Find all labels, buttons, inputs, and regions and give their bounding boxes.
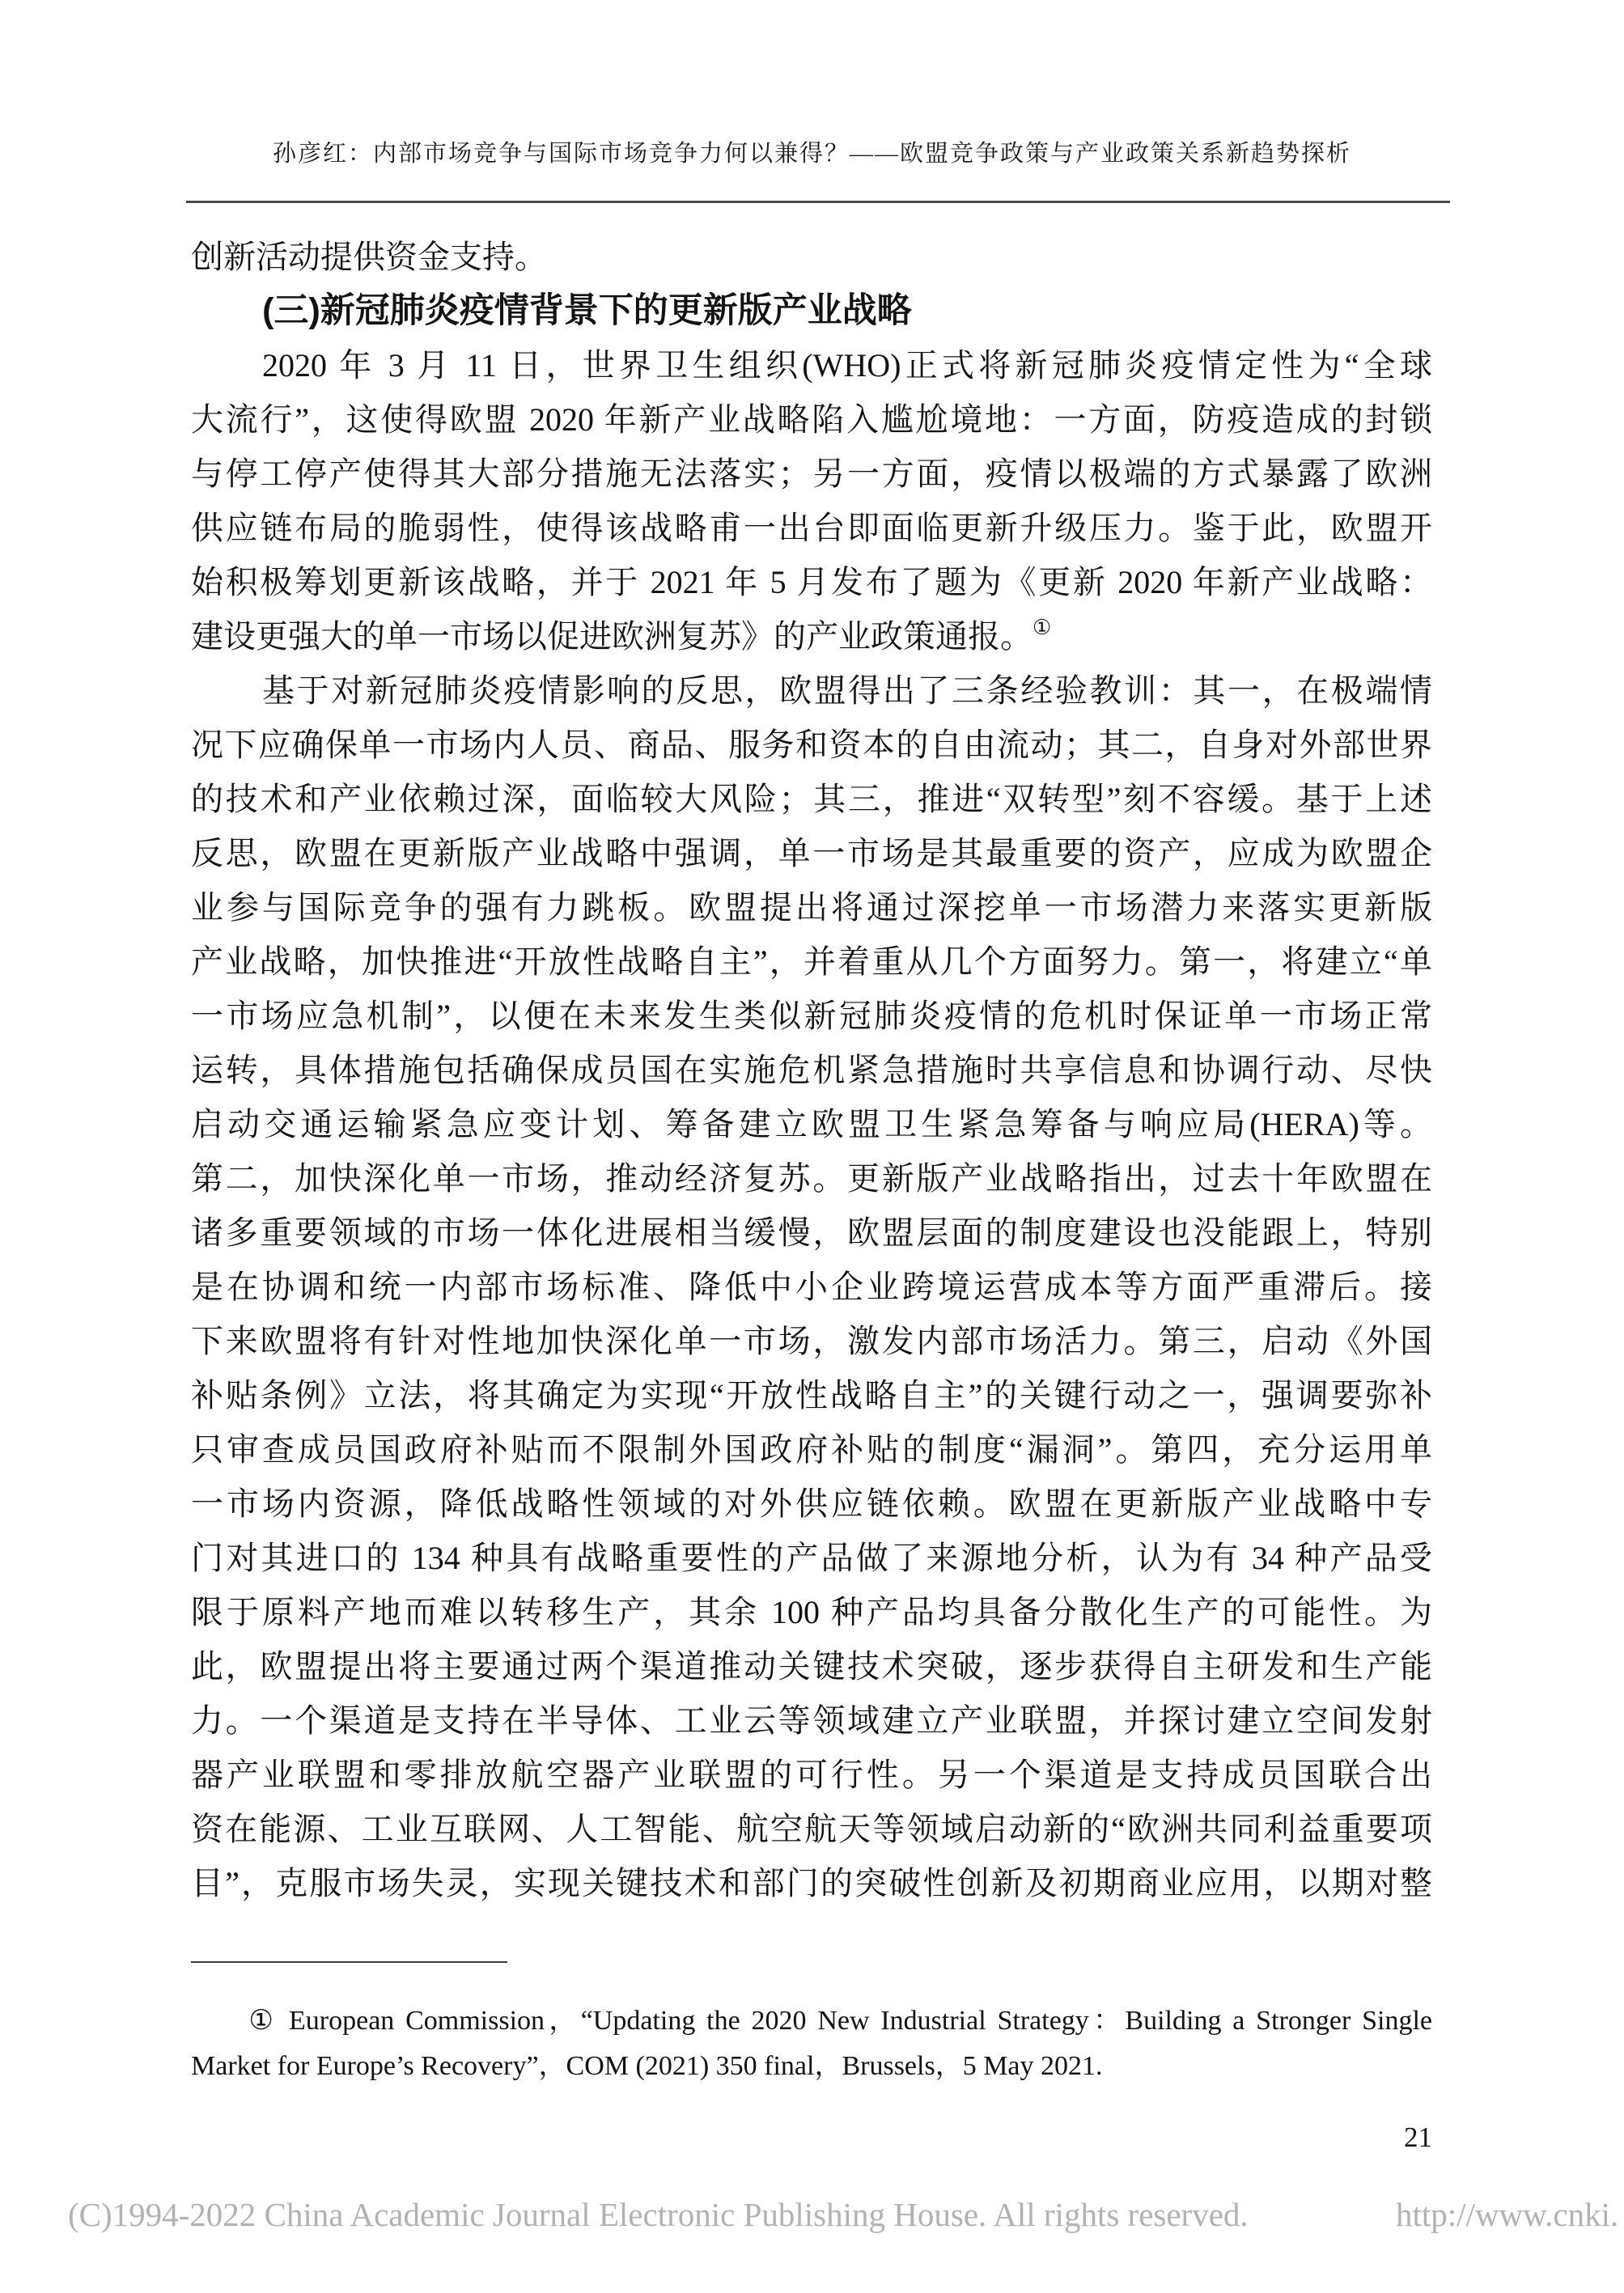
scan-copyright-text: (C)1994-2022 China Academic Journal Elec… [68,2193,1249,2236]
running-header: 孙彦红：内部市场竞争与国际市场竞争力何以兼得？——欧盟竞争政策与产业政策关系新趋… [0,138,1624,170]
footnote-ref-marker: ① [1032,616,1051,639]
footnote-rule [191,1961,507,1963]
body-line: 器产业联盟和零排放航空器产业联盟的可行性。另一个渠道是支持成员国联合出 [191,1748,1432,1802]
body-line: 反思，欧盟在更新版产业战略中强调，单一市场是其最重要的资产，应成为欧盟企 [191,826,1432,880]
body-line: 业参与国际竞争的强有力跳板。欧盟提出将通过深挖单一市场潜力来落实更新版 [191,880,1432,935]
heading-line: (三)新冠肺炎疫情背景下的更新版产业战略 [191,284,1432,338]
body-line: 目”，克服市场失灵，实现关键技术和部门的突破性创新及初期商业应用，以期对整 [191,1856,1432,1910]
body-line: 是在协调和统一内部市场标准、降低中小企业跨境运营成本等方面严重滞后。接 [191,1260,1432,1314]
journal-page: 孙彦红：内部市场竞争与国际市场竞争力何以兼得？——欧盟竞争政策与产业政策关系新趋… [0,0,1624,2293]
body-line: 诸多重要领域的市场一体化进展相当缓慢，欧盟层面的制度建设也没能跟上，特别 [191,1206,1432,1260]
body-line: 一市场内资源，降低战略性领域的对外供应链依赖。欧盟在更新版产业战略中专 [191,1477,1432,1531]
body-line: 况下应确保单一市场内人员、商品、服务和资本的自由流动；其二，自身对外部世界 [191,718,1432,772]
body-line: 与停工停产使得其大部分措施无法落实；另一方面，疫情以极端的方式暴露了欧洲 [191,447,1432,501]
footnote-block: ① European Commission，“Updating the 2020… [191,1998,1432,2089]
body-line: 供应链布局的脆弱性，使得该战略甫一出台即面临更新升级压力。鉴于此，欧盟开 [191,501,1432,555]
body-line: 运转，具体措施包括确保成员国在实施危机紧急措施时共享信息和协调行动、尽快 [191,1043,1432,1097]
body-line: 产业战略，加快推进“开放性战略自主”，并着重从几个方面努力。第一，将建立“单 [191,935,1432,989]
footnote-line: Market for Europe’s Recovery”，COM (2021)… [191,2044,1432,2089]
body-line: 创新活动提供资金支持。 [191,230,1432,284]
page-number: 21 [191,2120,1432,2155]
paragraph: 基于对新冠肺炎疫情影响的反思，欧盟得出了三条经验教训：其一，在极端情况下应确保单… [191,663,1432,1910]
body-line: 一市场应急机制”，以便在未来发生类似新冠肺炎疫情的危机时保证单一市场正常 [191,989,1432,1043]
body-line: 始积极筹划更新该战略，并于 2021 年 5 月发布了题为《更新 2020 年新… [191,555,1432,609]
section-heading: (三)新冠肺炎疫情背景下的更新版产业战略 [191,284,1432,338]
body-column: 创新活动提供资金支持。(三)新冠肺炎疫情背景下的更新版产业战略2020 年 3 … [191,230,1432,1910]
body-line: 限于原料产地而难以转移生产，其余 100 种产品均具备分散化生产的可能性。为 [191,1585,1432,1639]
paragraph: 2020 年 3 月 11 日，世界卫生组织(WHO)正式将新冠肺炎疫情定性为“… [191,338,1432,663]
body-line: 基于对新冠肺炎疫情影响的反思，欧盟得出了三条经验教训：其一，在极端情 [191,663,1432,718]
body-line: 大流行”，这使得欧盟 2020 年新产业战略陷入尴尬境地：一方面，防疫造成的封锁 [191,392,1432,447]
body-line: 的技术和产业依赖过深，面临较大风险；其三，推进“双转型”刻不容缓。基于上述 [191,772,1432,826]
body-line: 资在能源、工业互联网、人工智能、航空航天等领域启动新的“欧洲共同利益重要项 [191,1802,1432,1856]
body-line: 只审查成员国政府补贴而不限制外国政府补贴的制度“漏洞”。第四，充分运用单 [191,1422,1432,1477]
body-line: 下来欧盟将有针对性地加快深化单一市场，激发内部市场活力。第三，启动《外国 [191,1314,1432,1368]
paragraph: 创新活动提供资金支持。 [191,230,1432,284]
body-line: 2020 年 3 月 11 日，世界卫生组织(WHO)正式将新冠肺炎疫情定性为“… [191,338,1432,392]
body-line: 启动交通运输紧急应变计划、筹备建立欧盟卫生紧急筹备与响应局(HERA)等。 [191,1097,1432,1151]
footnote-line: ① European Commission，“Updating the 2020… [191,1998,1432,2044]
body-line: 建设更强大的单一市场以促进欧洲复苏》的产业政策通报。① [191,609,1432,663]
scan-source-url: http://www.cnki. [1396,2193,1618,2236]
body-line: 门对其进口的 134 种具有战略重要性的产品做了来源地分析，认为有 34 种产品… [191,1531,1432,1585]
body-line: 力。一个渠道是支持在半导体、工业云等领域建立产业联盟，并探讨建立空间发射 [191,1693,1432,1748]
header-rule [186,201,1450,203]
body-line: 补贴条例》立法，将其确定为实现“开放性战略自主”的关键行动之一，强调要弥补 [191,1368,1432,1422]
body-line: 此，欧盟提出将主要通过两个渠道推动关键技术突破，逐步获得自主研发和生产能 [191,1639,1432,1693]
body-line: 第二，加快深化单一市场，推动经济复苏。更新版产业战略指出，过去十年欧盟在 [191,1151,1432,1206]
